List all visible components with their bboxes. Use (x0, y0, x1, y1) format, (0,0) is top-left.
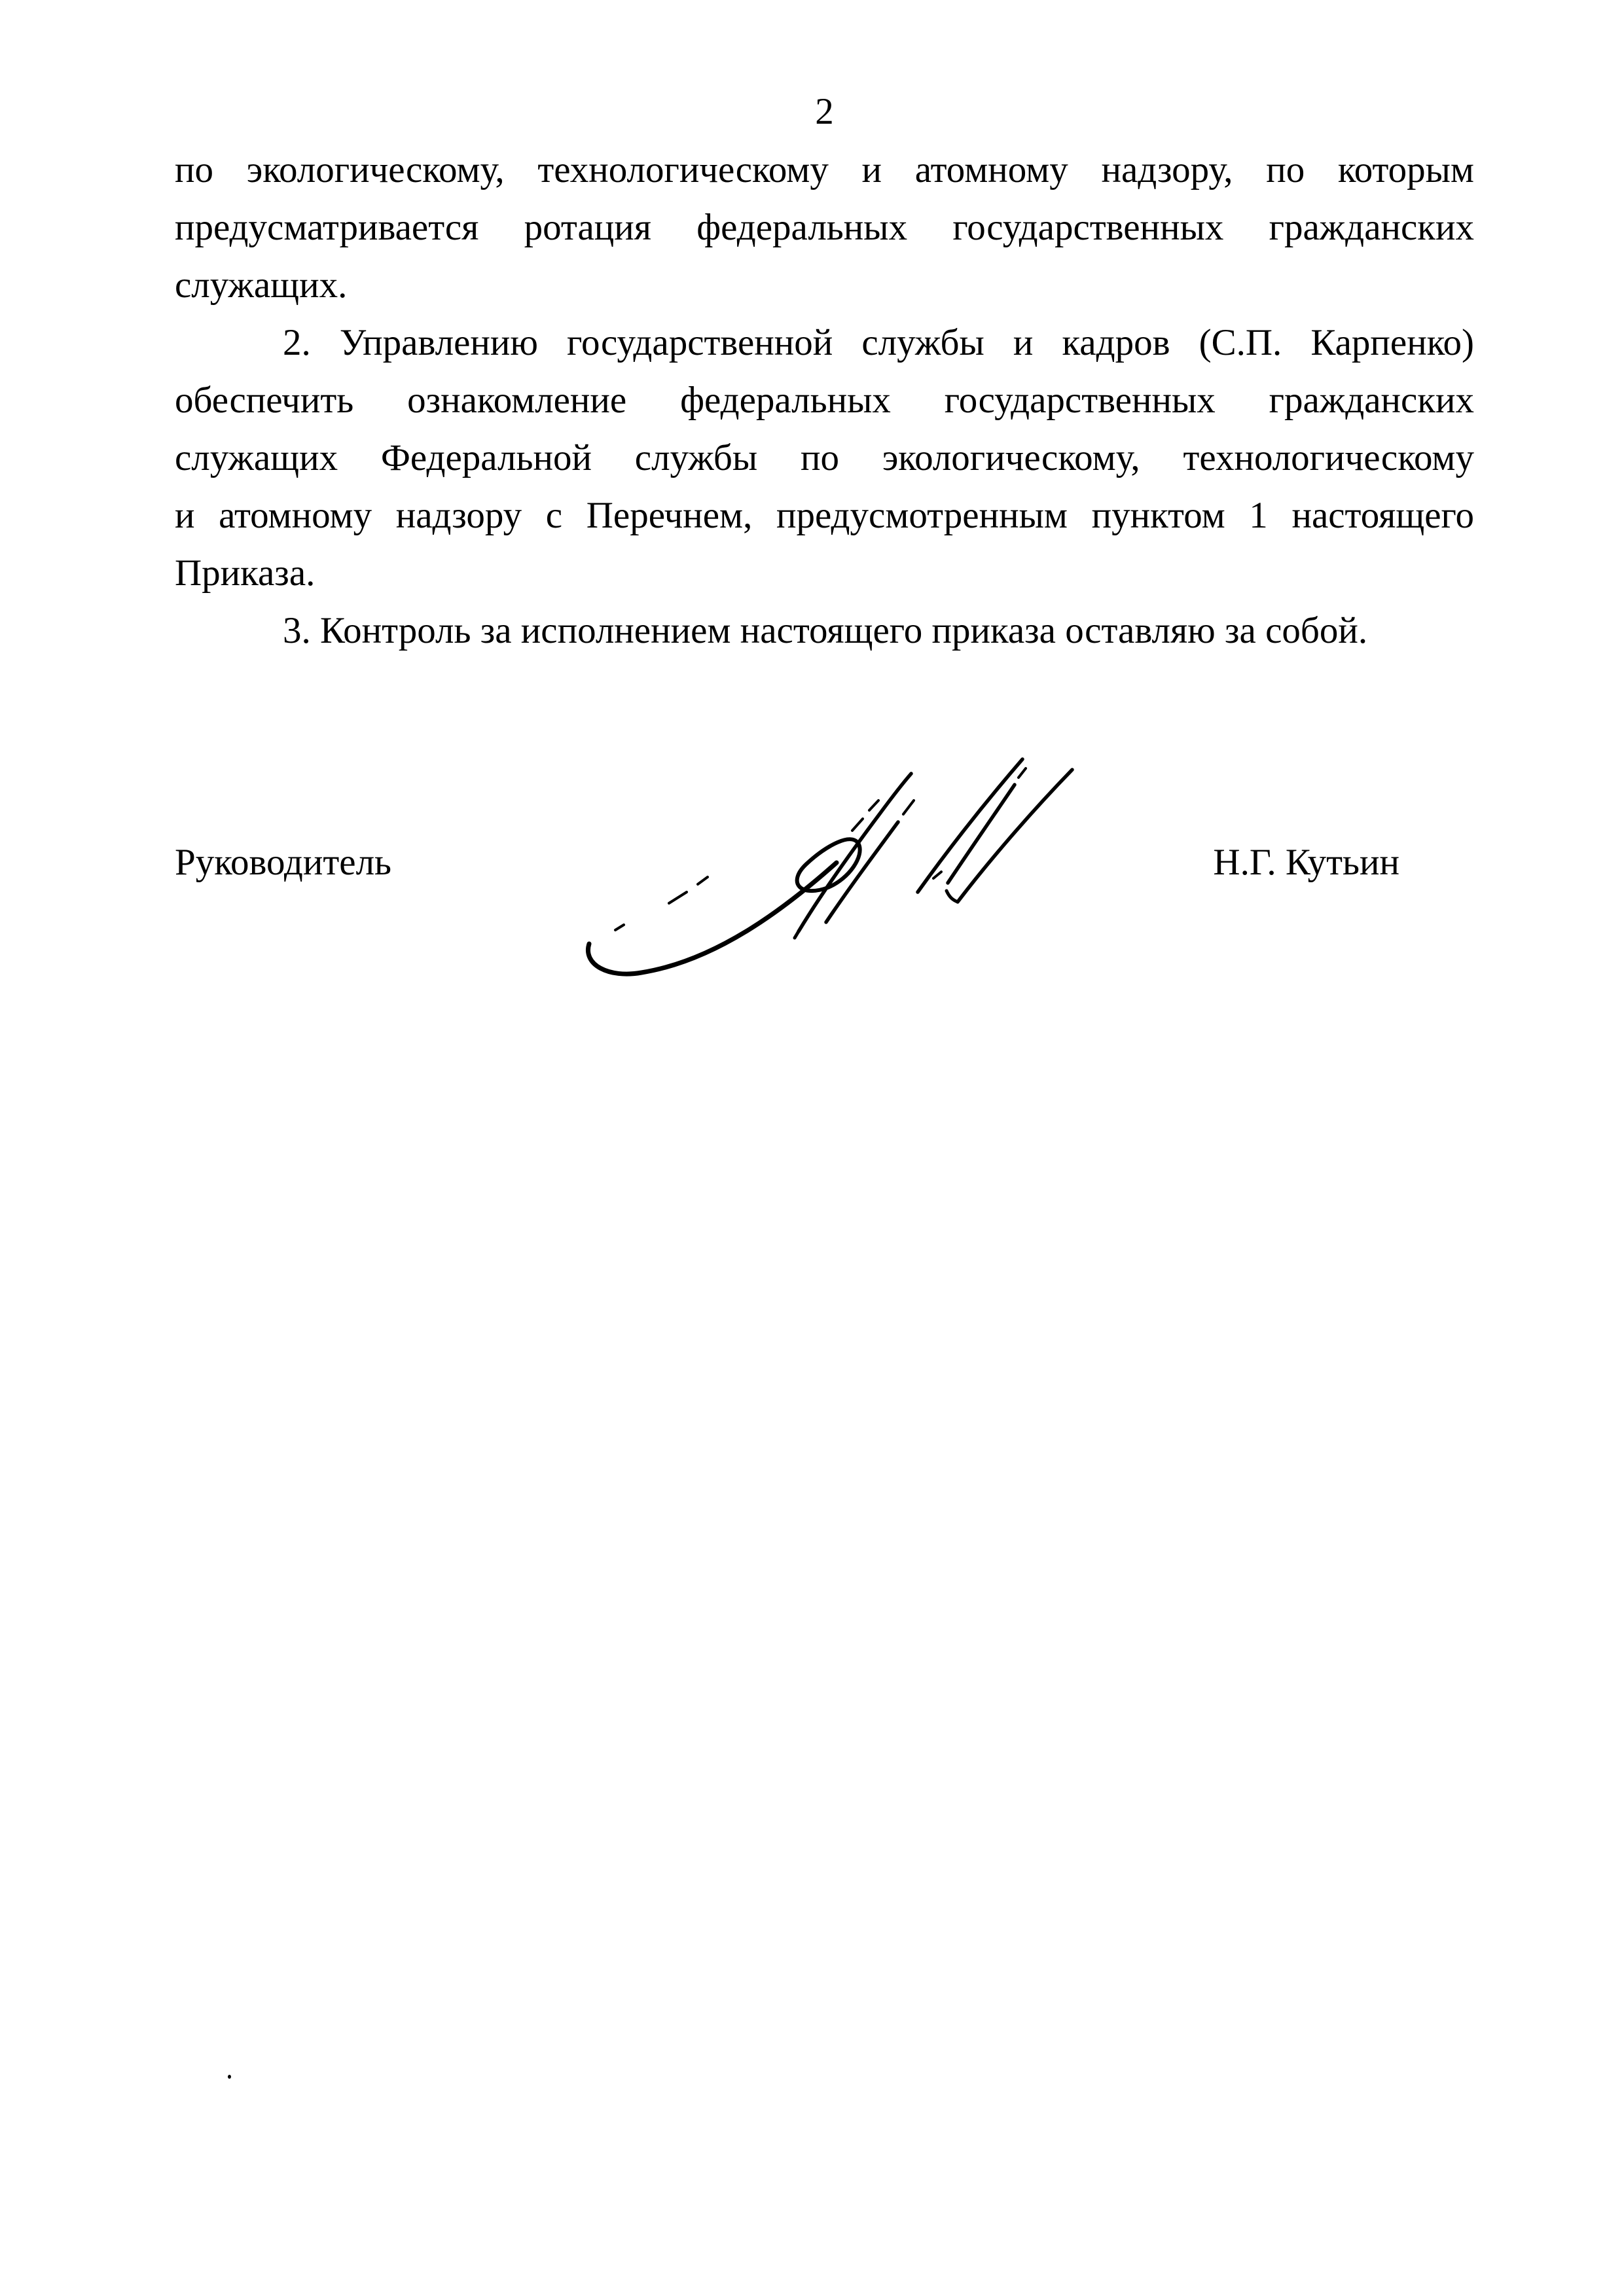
body-line: предусматривается ротация федеральных го… (175, 199, 1474, 257)
handwritten-signature (556, 733, 1080, 995)
body-line: 2. Управлению государственной службы и к… (175, 314, 1474, 372)
body-line: по экологическому, технологическому и ат… (175, 141, 1474, 199)
body-line: 3. Контроль за исполнением настоящего пр… (175, 602, 1474, 660)
signature-name: Н.Г. Кутьин (1213, 834, 1399, 891)
body-line: обеспечить ознакомление федеральных госу… (175, 372, 1474, 429)
document-page: 2 по экологическому, технологическому и … (0, 0, 1624, 2296)
body-line: Приказа. (175, 545, 1474, 602)
body-line: и атомному надзору с Перечнем, предусмот… (175, 487, 1474, 545)
page-number: 2 (175, 93, 1474, 131)
body-line: служащих Федеральной службы по экологиче… (175, 429, 1474, 487)
body-line: служащих. (175, 257, 1474, 314)
signature-role-label: Руководитель (175, 834, 391, 891)
document-body: по экологическому, технологическому и ат… (175, 141, 1474, 660)
scan-artifact-dot (228, 2075, 231, 2079)
